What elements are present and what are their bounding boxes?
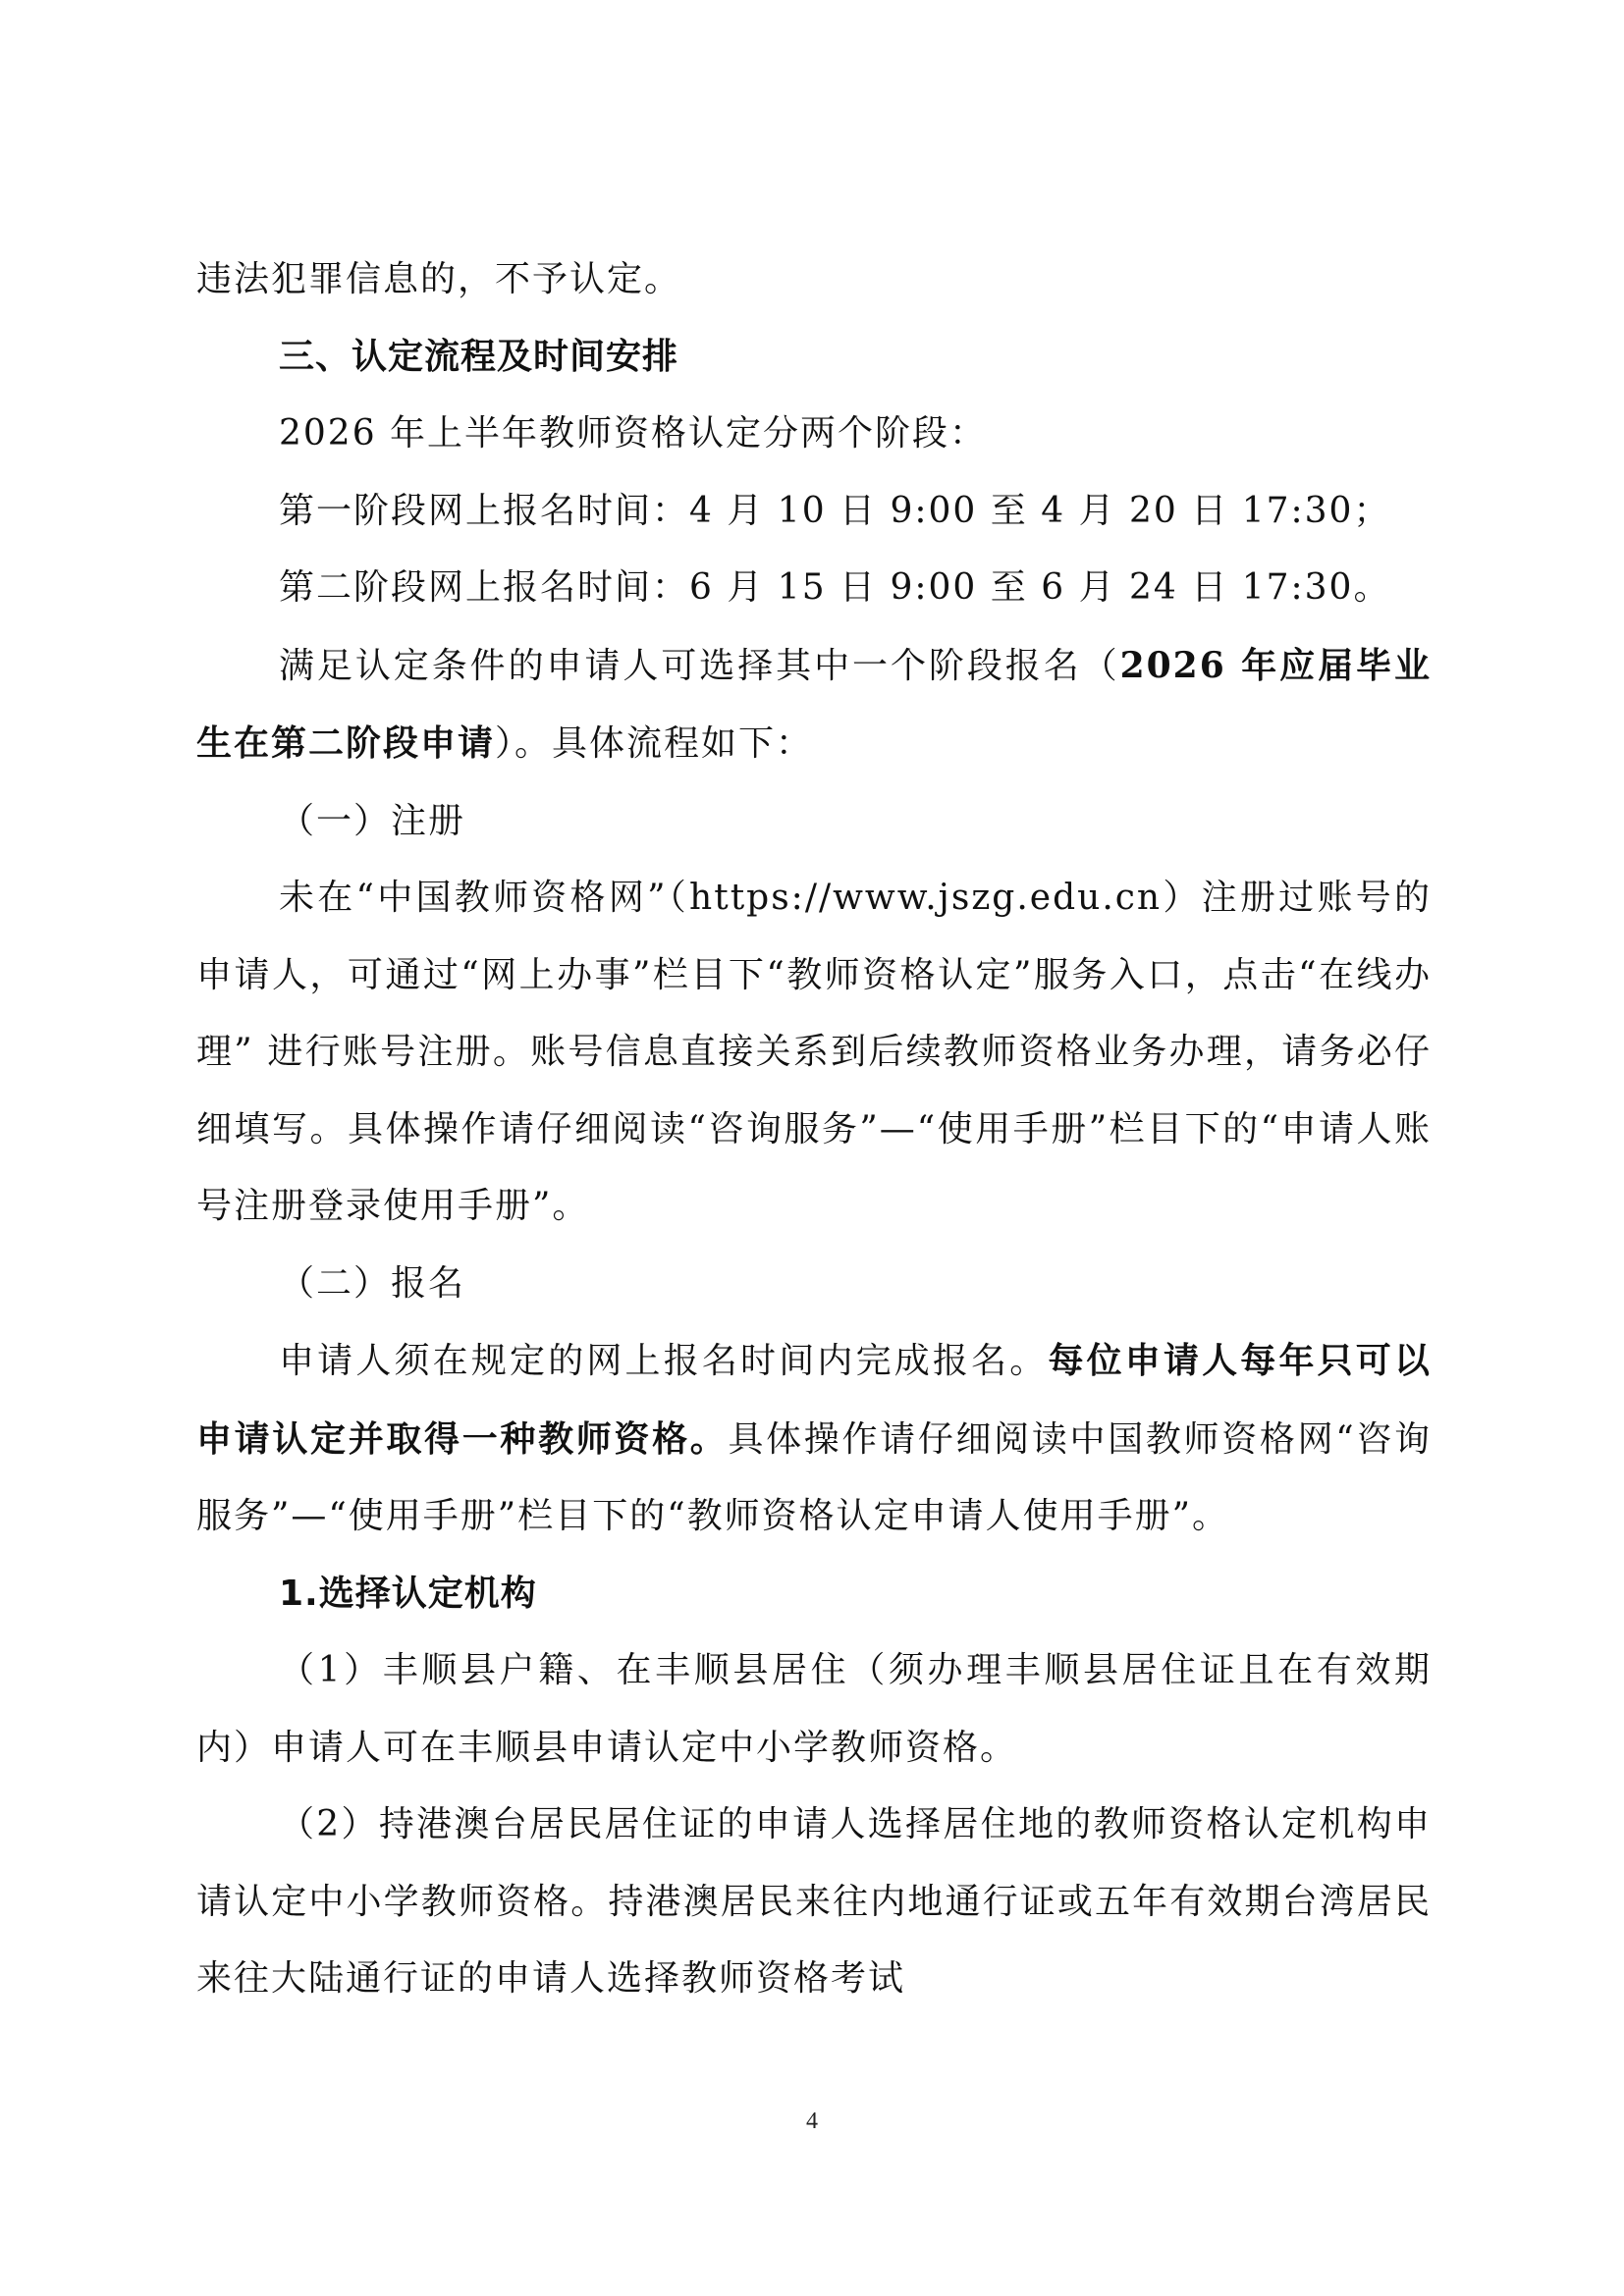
paragraph-register: 未在“中国教师资格网”（https://www.jszg.edu.cn）注册过账… <box>196 860 1432 1246</box>
paragraph-item-1: （1）丰顺县户籍、在丰顺县居住（须办理丰顺县居住证且在有效期内）申请人可在丰顺县… <box>196 1632 1432 1787</box>
paragraph-stage-2: 第二阶段网上报名时间：6 月 15 日 9:00 至 6 月 24 日 17:3… <box>196 550 1432 627</box>
document-page: 违法犯罪信息的，不予认定。 三、认定流程及时间安排 2026 年上半年教师资格认… <box>0 0 1624 2296</box>
subsection-heading-register: （一）注册 <box>196 783 1432 861</box>
signup-text: 申请人须在规定的网上报名时间内完成报名。 <box>279 1341 1048 1381</box>
subsection-heading-signup: （二）报名 <box>196 1246 1432 1323</box>
paragraph-choose-stage: 满足认定条件的申请人可选择其中一个阶段报名（2026 年应届毕业生在第二阶段申请… <box>196 627 1432 783</box>
paragraph-item-2: （2）持港澳台居民居住证的申请人选择居住地的教师资格认定机构申请认定中小学教师资… <box>196 1787 1432 2018</box>
paragraph-continuation: 违法犯罪信息的，不予认定。 <box>196 241 1432 319</box>
choose-stage-text: 满足认定条件的申请人可选择其中一个阶段报名（ <box>279 646 1120 686</box>
section-heading-3: 三、认定流程及时间安排 <box>196 319 1432 397</box>
paragraph-signup: 申请人须在规定的网上报名时间内完成报名。每位申请人每年只可以申请认定并取得一种教… <box>196 1322 1432 1556</box>
page-number: 4 <box>0 2109 1624 2135</box>
document-body: 违法犯罪信息的，不予认定。 三、认定流程及时间安排 2026 年上半年教师资格认… <box>196 241 1432 2018</box>
paragraph-stages-intro: 2026 年上半年教师资格认定分两个阶段： <box>196 396 1432 473</box>
paragraph-stage-1: 第一阶段网上报名时间：4 月 10 日 9:00 至 4 月 20 日 17:3… <box>196 473 1432 551</box>
item-heading-choose-authority: 1.选择认定机构 <box>196 1556 1432 1633</box>
choose-stage-text-end: ）。具体流程如下： <box>495 723 813 764</box>
